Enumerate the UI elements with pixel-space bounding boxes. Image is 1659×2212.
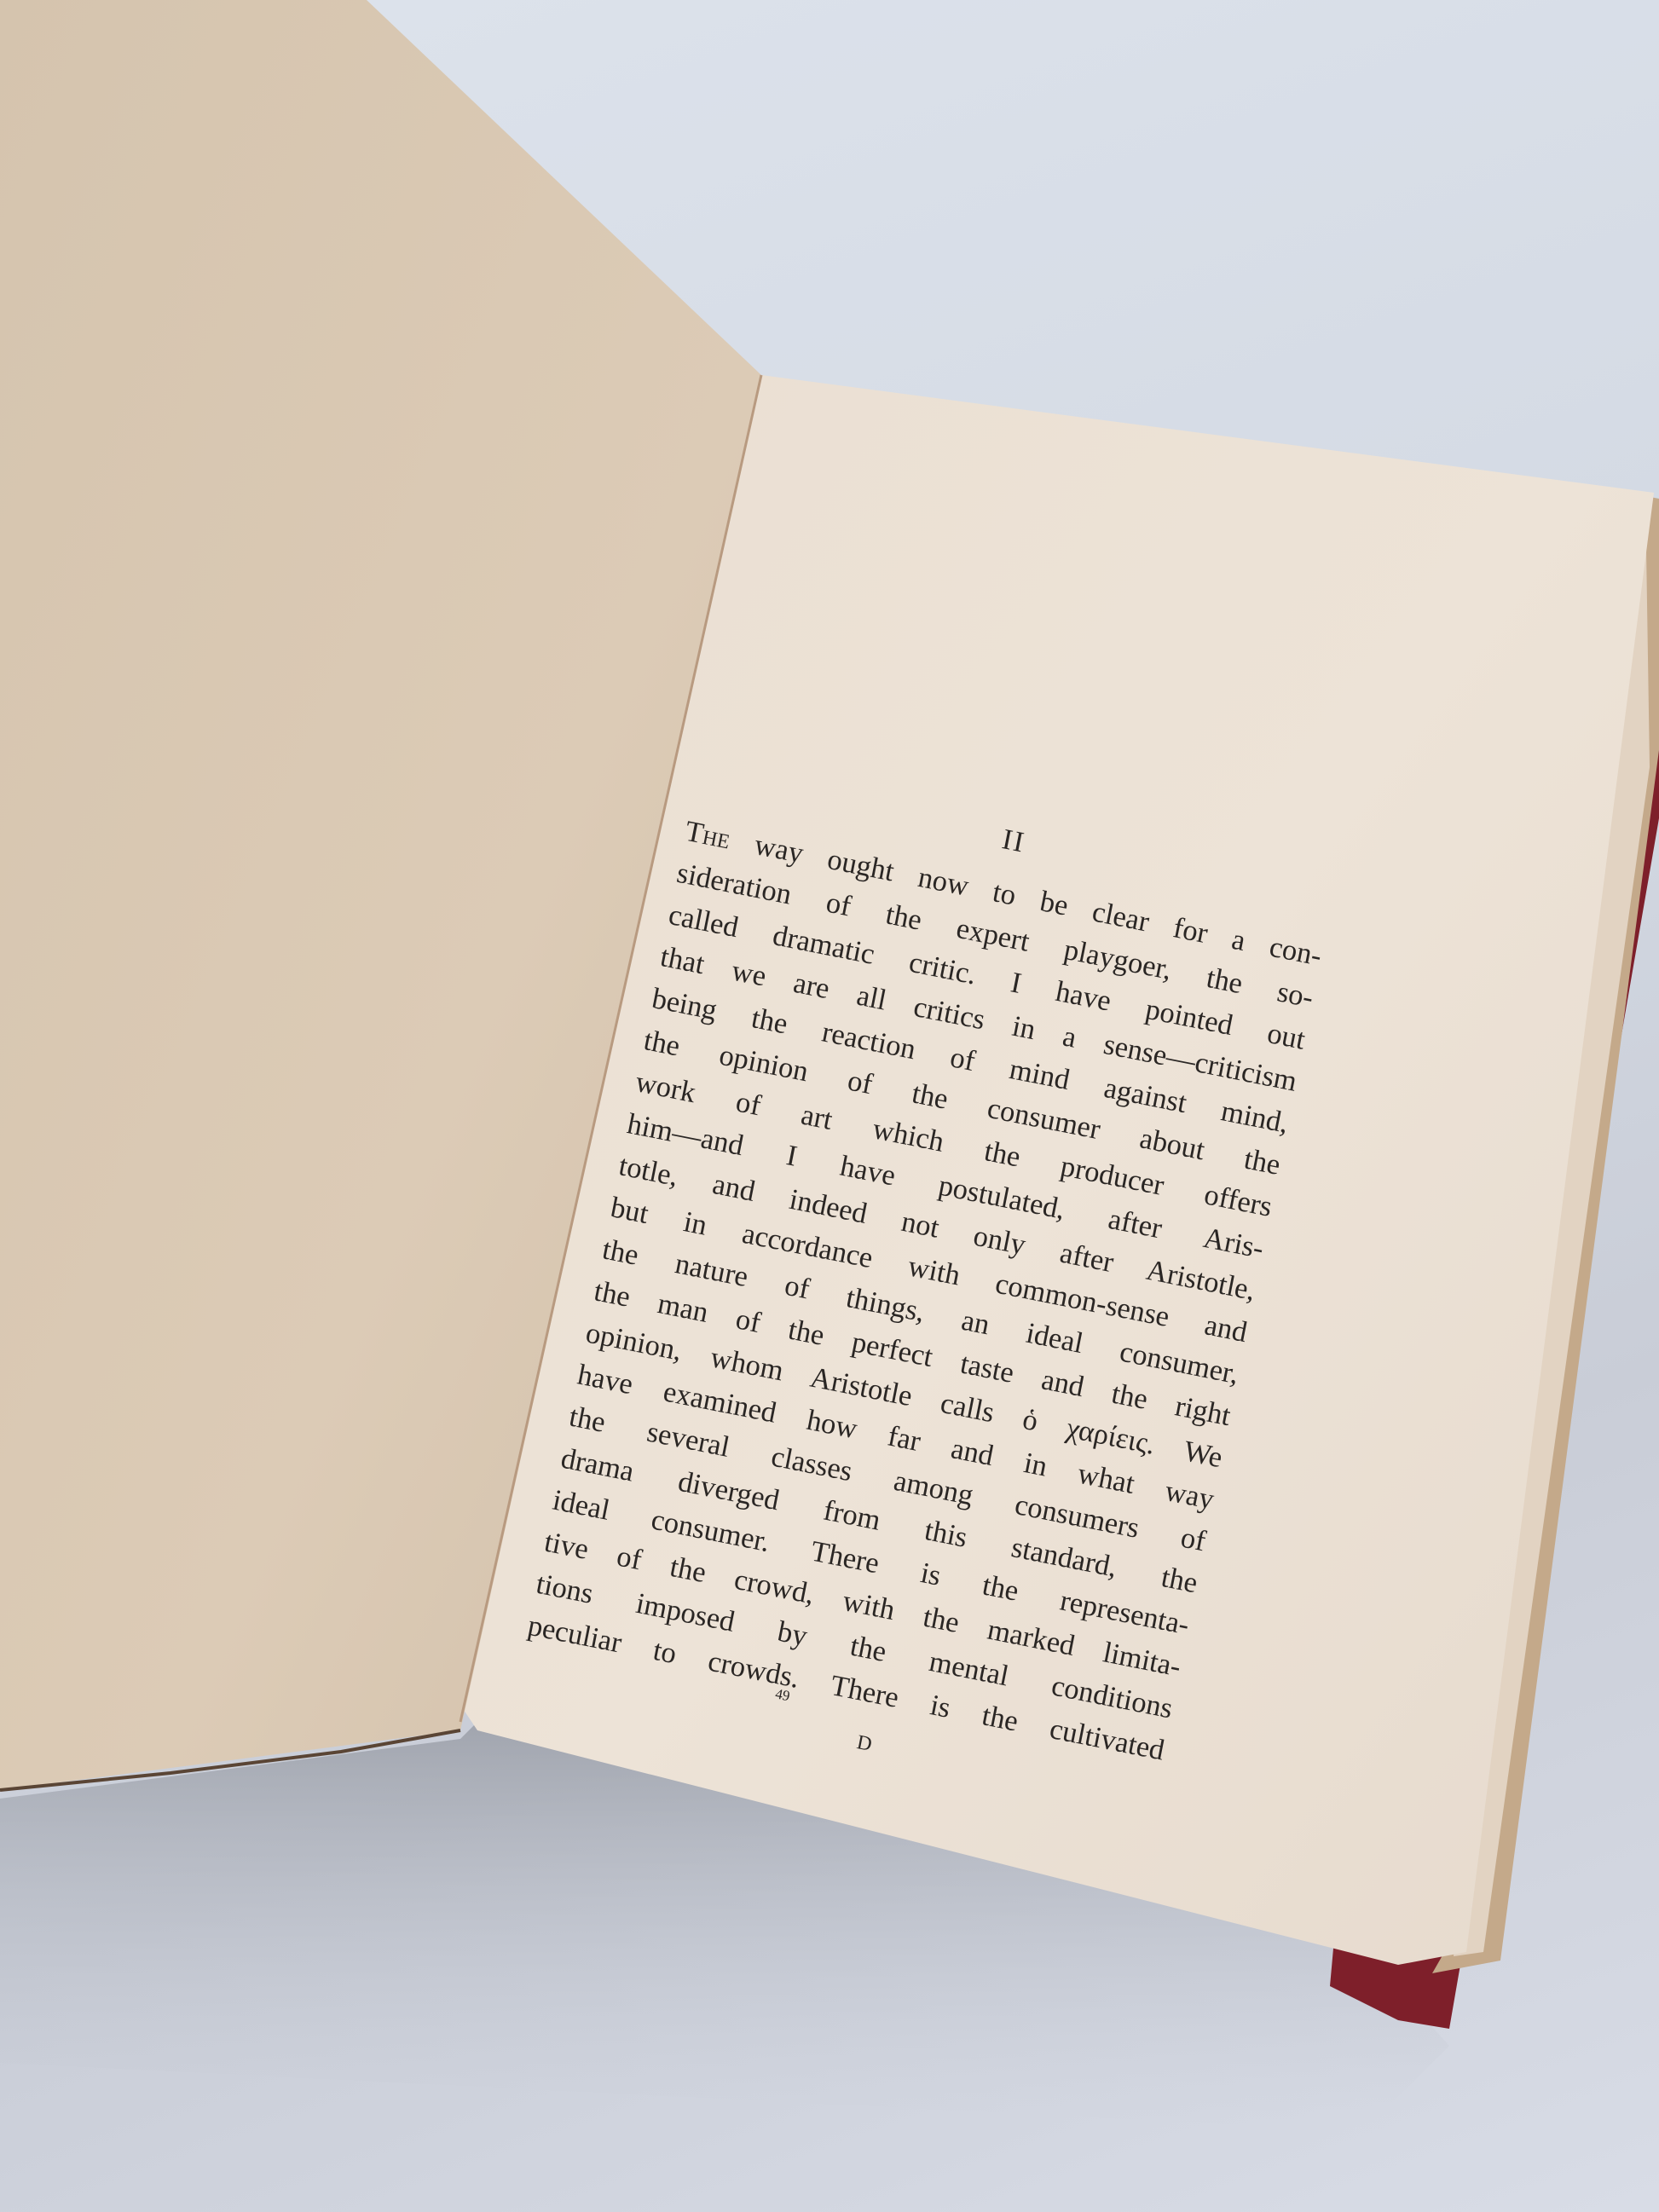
opening-word: The	[683, 815, 733, 856]
page-number: 49	[774, 1685, 792, 1705]
signature-mark: D	[855, 1731, 874, 1757]
book-photo-scene: II The way ought now to be clear for a c…	[0, 0, 1659, 2212]
